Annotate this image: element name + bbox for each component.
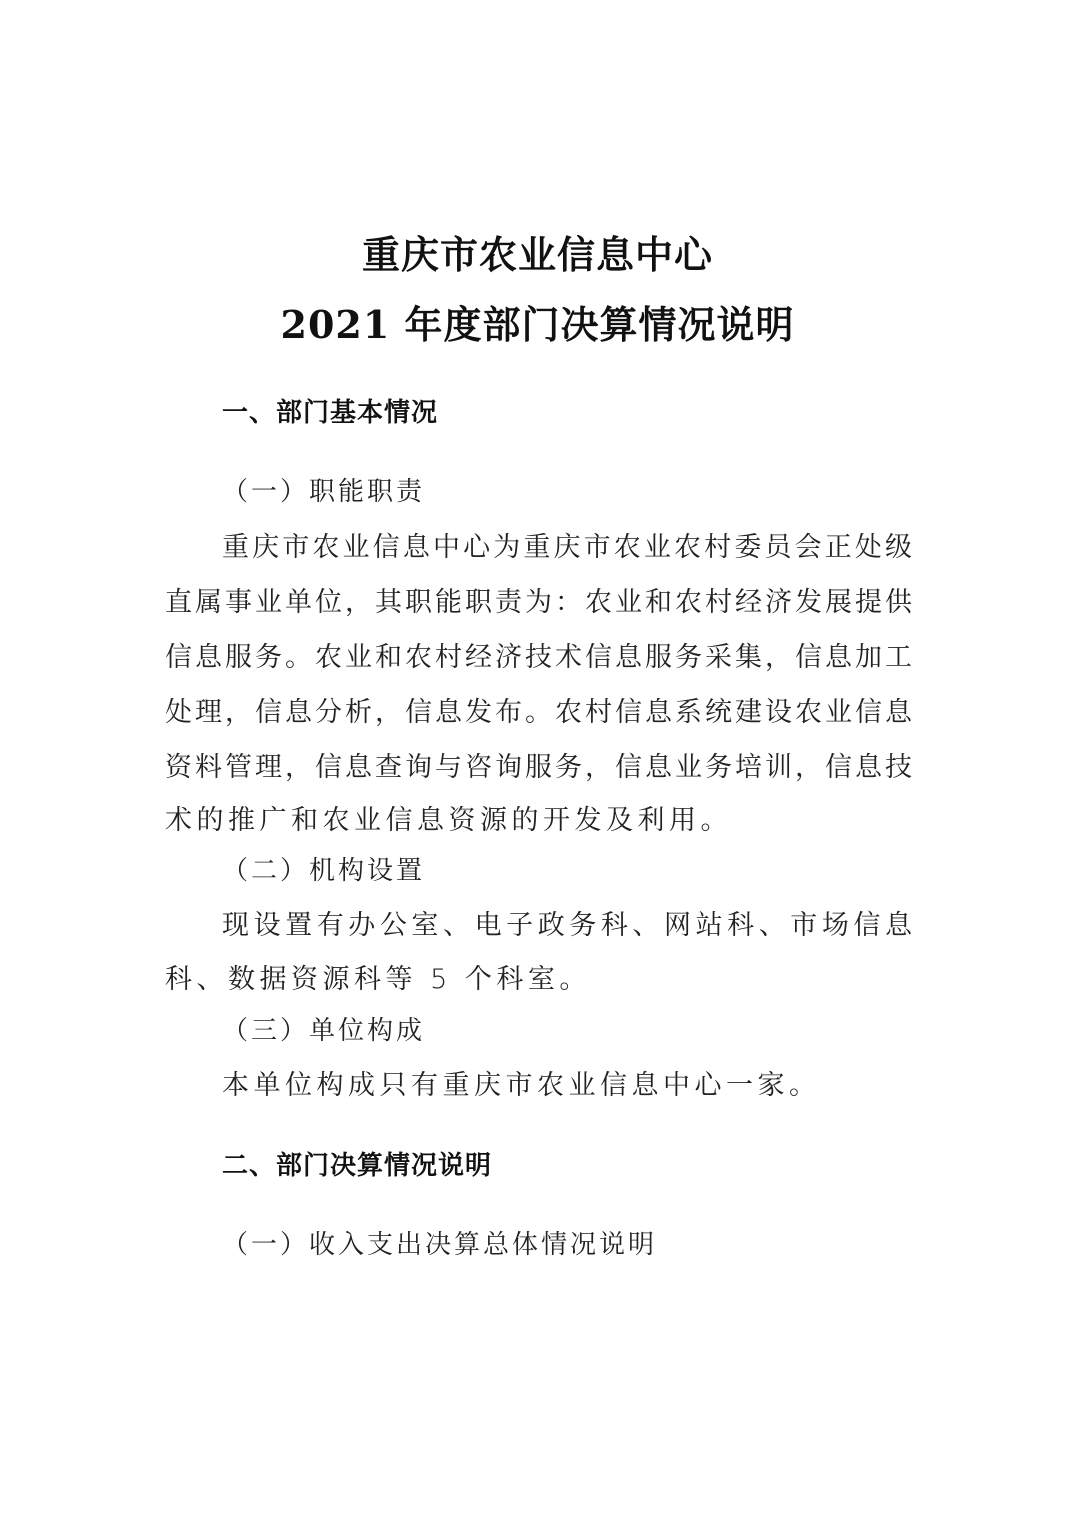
paragraph-line: 术的推广和农业信息资源的开发及利用。 (165, 804, 912, 838)
subheading-organization: （二）机构设置 (222, 855, 425, 887)
paragraph-line: 现设置有办公室、电子政务科、网站科、市场信息 (222, 909, 912, 943)
paragraph-line: 信息服务。农业和农村经济技术信息服务采集，信息加工 (165, 641, 912, 675)
document-title-line-2: 2021 年度部门决算情况说明 (0, 303, 1075, 347)
paragraph-line: 科、数据资源科等 5 个科室。 (165, 963, 912, 997)
section-heading-final-accounts: 二、部门决算情况说明 (222, 1150, 492, 1182)
document-page: 重庆市农业信息中心 2021 年度部门决算情况说明 一、部门基本情况 （一）职能… (0, 0, 1075, 1520)
paragraph-line: 处理，信息分析，信息发布。农村信息系统建设农业信息 (165, 696, 912, 730)
subheading-functions: （一）职能职责 (222, 476, 425, 508)
document-title-line-1: 重庆市农业信息中心 (0, 233, 1075, 277)
subheading-unit-composition: （三）单位构成 (222, 1015, 425, 1047)
subheading-income-expenditure: （一）收入支出决算总体情况说明 (222, 1229, 657, 1261)
section-heading-basic-info: 一、部门基本情况 (222, 397, 438, 429)
paragraph-line: 直属事业单位，其职能职责为：农业和农村经济发展提供 (165, 586, 912, 620)
paragraph-line: 重庆市农业信息中心为重庆市农业农村委员会正处级 (222, 531, 912, 565)
paragraph-line: 本单位构成只有重庆市农业信息中心一家。 (222, 1069, 912, 1103)
paragraph-line: 资料管理，信息查询与咨询服务，信息业务培训，信息技 (165, 751, 912, 785)
